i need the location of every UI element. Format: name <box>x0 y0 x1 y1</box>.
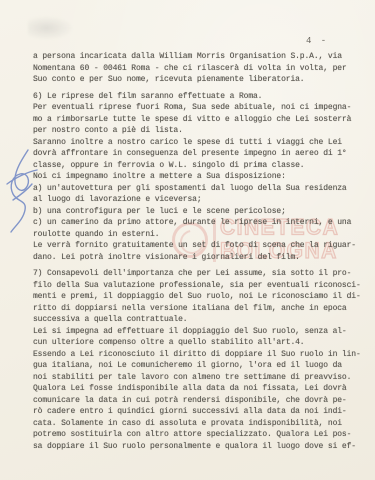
document-line: Essendo a Lei riconosciuto il diritto di… <box>33 349 367 361</box>
document-line: a persona incaricata dalla William Morri… <box>33 51 367 63</box>
scan-smudge <box>28 16 74 40</box>
document-line: Le verrà fornito gratuitamente un set di… <box>33 240 367 252</box>
document-line: cun ulteriore compenso oltre a quello st… <box>33 337 367 349</box>
document-page: CINETECA BOLOGNA 4 - a persona incaricat… <box>0 0 375 480</box>
page-number: 4 - <box>306 36 328 46</box>
document-line: per nostro conto a piè di lista. <box>33 125 367 137</box>
document-line: b) una controfigura per le luci e le sce… <box>33 206 367 218</box>
paragraph-clause-6: 6) Le riprese del film saranno effettuat… <box>33 91 367 264</box>
paragraph-clause-7: 7) Consapevoli dell'importanza che per L… <box>33 268 367 452</box>
document-line: mo a rimborsarLe tutte le spese di vitto… <box>33 114 367 126</box>
document-line: comunicare la data in cui potrà rendersi… <box>33 395 367 407</box>
document-line: roulotte quando in esterni. <box>33 229 367 241</box>
typewritten-text: a persona incaricata dalla William Morri… <box>33 51 367 457</box>
document-line: c) un camerino da primo attore, durante … <box>33 217 367 229</box>
document-line: classe, oppure in ferrovia o W.L. singol… <box>33 160 367 172</box>
document-line: noi stabiliti per tale lavoro con almeno… <box>33 372 367 384</box>
document-line: Qualora Lei fosse indisponibile alla dat… <box>33 383 367 395</box>
paragraph-continuation: a persona incaricata dalla William Morri… <box>33 51 367 86</box>
document-line: Suo conto e per Suo nome, ricevuta piena… <box>33 74 367 86</box>
document-line: sa doppiare il Suo ruolo personalmente e… <box>33 441 367 453</box>
document-line: rò cadere entro i quindici giorni succes… <box>33 406 367 418</box>
document-line: al luogo di lavorazione e viceversa; <box>33 194 367 206</box>
document-line: potremo sostituirla con altro attore spe… <box>33 429 367 441</box>
document-line: ritto di doppiarsi nella versione italia… <box>33 303 367 315</box>
document-line: 6) Le riprese del film saranno effettuat… <box>33 91 367 103</box>
document-line: filo della Sua valutazione professionale… <box>33 280 367 292</box>
document-line: successiva a quella contrattuale. <box>33 314 367 326</box>
document-line: 7) Consapevoli dell'importanza che per L… <box>33 268 367 280</box>
document-line: dano. Lei potrà inoltre visionare i gior… <box>33 252 367 264</box>
document-line: Per eventuali riprese fuori Roma, Sua se… <box>33 102 367 114</box>
document-line: gua italiana, noi Le comunicheremo il gi… <box>33 360 367 372</box>
document-line: Nomentana 60 - 00461 Roma - che ci rilas… <box>33 63 367 75</box>
document-line: cata. Solamente in caso di assoluta e pr… <box>33 418 367 430</box>
document-line: Saranno inoltre a nostro carico le spese… <box>33 137 367 149</box>
document-line: menti e premi, il doppiaggio del Suo ruo… <box>33 291 367 303</box>
document-line: dovrà affrontare in conseguenza del pres… <box>33 148 367 160</box>
document-line: Lei si impegna ad effettuare il doppiagg… <box>33 326 367 338</box>
document-line: a) un'autovettura per gli spostamenti da… <box>33 183 367 195</box>
document-line: Noi ci impegnamo inoltre a mettere a Sua… <box>33 171 367 183</box>
